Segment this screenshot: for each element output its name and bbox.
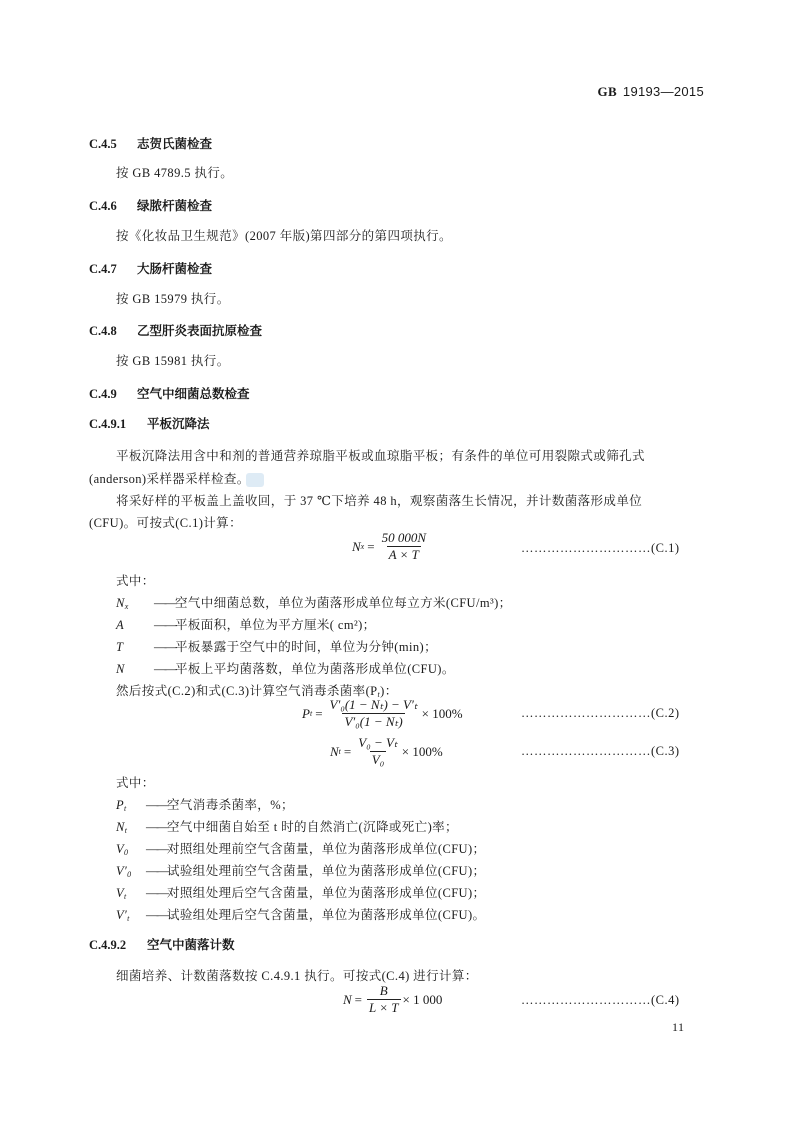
section-number: C.4.5: [89, 137, 137, 152]
section-body: 按 GB 15979 执行。: [116, 289, 230, 307]
section-number: C.4.7: [89, 262, 137, 277]
section-body: 按 GB 15981 执行。: [116, 351, 230, 369]
definition-text: 空气消毒杀菌率，%；: [167, 798, 294, 812]
section-number: C.4.8: [89, 324, 137, 339]
section-title: 空气中细菌总数检查: [137, 387, 250, 401]
leader-dots: …………………………: [521, 744, 651, 758]
eq-tail: × 100%: [402, 744, 443, 760]
standard-prefix: GB: [598, 84, 617, 99]
eq-tail: × 1 000: [403, 992, 443, 1008]
dash: ——: [146, 798, 167, 812]
definition-text: 试验组处理前空气含菌量，单位为菌落形成单位(CFU)；: [167, 864, 485, 878]
equals-sign: =: [355, 992, 362, 1008]
numerator: V′₀(1 − Nₜ) − V′ₜ: [328, 697, 420, 713]
where-label: 式中：: [116, 571, 155, 589]
symbol: V0: [116, 842, 146, 857]
definition-item: Vt——对照组处理后空气含菌量，单位为菌落形成单位(CFU)；: [116, 883, 485, 901]
paragraph-line: 细菌培养、计数菌落数按 C.4.9.1 执行。可按式(C.4) 进行计算：: [116, 966, 478, 984]
equation-ref-c3: …………………………(C.3): [521, 744, 680, 759]
section-title: 绿脓杆菌检查: [137, 199, 212, 213]
symbol: N: [116, 662, 154, 677]
dash: ——: [154, 618, 175, 632]
definition-item: V′0——试验组处理前空气含菌量，单位为菌落形成单位(CFU)；: [116, 861, 485, 879]
leader-dots: …………………………: [521, 993, 651, 1007]
section-body: 按 GB 4789.5 执行。: [116, 163, 233, 181]
dash: ——: [154, 596, 175, 610]
section-heading: C.4.6绿脓杆菌检查: [89, 196, 212, 214]
dash: ——: [146, 864, 167, 878]
watermark-icon: [246, 473, 264, 487]
dash: ——: [154, 640, 175, 654]
definition-item: Nt——空气中细菌自始至 t 时的自然消亡(沉降或死亡)率；: [116, 817, 458, 835]
page-number: 11: [672, 1020, 684, 1035]
eq-lhs: N: [343, 992, 352, 1008]
definition-item: N——平板上平均菌落数，单位为菌落形成单位(CFU)。: [116, 659, 455, 677]
equation-number: (C.1): [651, 541, 680, 555]
definition-item: Pt——空气消毒杀菌率，%；: [116, 795, 294, 813]
eq-lhs-sub: t: [310, 709, 312, 718]
subsection-number: C.4.9.2: [89, 938, 147, 953]
eq-lhs: N: [352, 539, 361, 555]
subsection-heading: C.4.9.1平板沉降法: [89, 414, 210, 432]
symbol: Vt: [116, 886, 146, 901]
denominator: L × T: [367, 999, 401, 1016]
symbol: Nt: [116, 820, 146, 835]
paragraph-text: (anderson)采样器采样检查。: [89, 472, 250, 486]
definition-item: V′t——试验组处理后空气含菌量，单位为菌落形成单位(CFU)。: [116, 905, 485, 923]
equation-ref-c4: …………………………(C.4): [521, 993, 680, 1008]
paragraph-line: 将采好样的平板盖上盖收回，于 37 ℃下培养 48 h，观察菌落生长情况，并计数…: [116, 491, 642, 509]
eq-lhs-sub: x: [361, 542, 365, 551]
fraction: B L × T: [367, 983, 401, 1016]
equation-c4: N = B L × T × 1 000: [343, 983, 442, 1016]
subsection-heading: C.4.9.2空气中菌落计数: [89, 935, 235, 953]
definition-item: T——平板暴露于空气中的时间，单位为分钟(min)；: [116, 637, 437, 655]
eq-lhs: P: [302, 706, 310, 722]
symbol: V′0: [116, 864, 146, 879]
definition-text: 平板面积，单位为平方厘米( cm²)；: [175, 618, 376, 632]
definition-item: A——平板面积，单位为平方厘米( cm²)；: [116, 615, 376, 633]
subsection-number: C.4.9.1: [89, 417, 147, 432]
equation-ref-c1: …………………………(C.1): [521, 541, 680, 556]
where-label: 式中：: [116, 773, 155, 791]
fraction: 50 000N A × T: [380, 530, 428, 563]
definition-text: 试验组处理后空气含菌量，单位为菌落形成单位(CFU)。: [167, 908, 485, 922]
fraction: V′₀(1 − Nₜ) − V′ₜ V′₀(1 − Nₜ): [328, 697, 420, 730]
section-title: 大肠杆菌检查: [137, 262, 212, 276]
section-heading: C.4.8乙型肝炎表面抗原检查: [89, 321, 262, 339]
section-number: C.4.9: [89, 387, 137, 402]
equation-number: (C.4): [651, 993, 680, 1007]
numerator: 50 000N: [380, 530, 428, 546]
eq-tail: × 100%: [422, 706, 463, 722]
equation-c3: Nt = V₀ − Vₜ V₀ × 100%: [330, 735, 443, 768]
definition-text: 空气中细菌自始至 t 时的自然消亡(沉降或死亡)率；: [167, 820, 458, 834]
definition-item: Nx——空气中细菌总数，单位为菌落形成单位每立方米(CFU/m³)；: [116, 593, 512, 611]
eq-lhs: N: [330, 744, 339, 760]
paragraph-line: 平板沉降法用含中和剂的普通营养琼脂平板或血琼脂平板；有条件的单位可用裂隙式或筛孔…: [116, 446, 645, 464]
equation-number: (C.3): [651, 744, 680, 758]
equals-sign: =: [344, 744, 351, 760]
equals-sign: =: [315, 706, 322, 722]
definition-text: 对照组处理后空气含菌量，单位为菌落形成单位(CFU)；: [167, 886, 485, 900]
section-heading: C.4.7大肠杆菌检查: [89, 259, 212, 277]
dash: ——: [146, 842, 167, 856]
standard-header: GB19193—2015: [598, 84, 704, 100]
equation-c2: Pt = V′₀(1 − Nₜ) − V′ₜ V′₀(1 − Nₜ) × 100…: [302, 697, 463, 730]
equals-sign: =: [367, 539, 374, 555]
denominator: V′₀(1 − Nₜ): [342, 713, 404, 730]
symbol: Pt: [116, 798, 146, 813]
symbol: T: [116, 640, 154, 655]
section-number: C.4.6: [89, 199, 137, 214]
definition-text: 平板上平均菌落数，单位为菌落形成单位(CFU)。: [175, 662, 455, 676]
paragraph-line: (anderson)采样器采样检查。: [89, 469, 264, 487]
symbol: Nx: [116, 596, 154, 611]
numerator: B: [378, 983, 390, 999]
equation-c1: Nx = 50 000N A × T: [352, 530, 430, 563]
equation-ref-c2: …………………………(C.2): [521, 706, 680, 721]
section-heading: C.4.5志贺氏菌检查: [89, 134, 212, 152]
section-title: 乙型肝炎表面抗原检查: [137, 324, 262, 338]
dash: ——: [146, 908, 167, 922]
leader-dots: …………………………: [521, 541, 651, 555]
symbol: A: [116, 618, 154, 633]
numerator: V₀ − Vₜ: [356, 735, 400, 751]
leader-dots: …………………………: [521, 706, 651, 720]
section-heading: C.4.9空气中细菌总数检查: [89, 384, 250, 402]
section-body: 按《化妆品卫生规范》(2007 年版)第四部分的第四项执行。: [116, 226, 452, 244]
equation-number: (C.2): [651, 706, 680, 720]
symbol: V′t: [116, 908, 146, 923]
paragraph-line: (CFU)。可按式(C.1)计算：: [89, 513, 242, 531]
denominator: A × T: [387, 546, 421, 563]
dash: ——: [146, 820, 167, 834]
definition-item: V0——对照组处理前空气含菌量，单位为菌落形成单位(CFU)；: [116, 839, 485, 857]
subsection-title: 空气中菌落计数: [147, 938, 235, 952]
fraction: V₀ − Vₜ V₀: [356, 735, 400, 768]
definition-text: 平板暴露于空气中的时间，单位为分钟(min)；: [175, 640, 437, 654]
definition-text: 对照组处理前空气含菌量，单位为菌落形成单位(CFU)；: [167, 842, 485, 856]
dash: ——: [146, 886, 167, 900]
standard-number: 19193—2015: [623, 84, 704, 99]
denominator: V₀: [370, 751, 386, 768]
subsection-title: 平板沉降法: [147, 417, 210, 431]
section-title: 志贺氏菌检查: [137, 137, 212, 151]
eq-lhs-sub: t: [339, 747, 341, 756]
dash: ——: [154, 662, 175, 676]
definition-text: 空气中细菌总数，单位为菌落形成单位每立方米(CFU/m³)；: [175, 596, 512, 610]
